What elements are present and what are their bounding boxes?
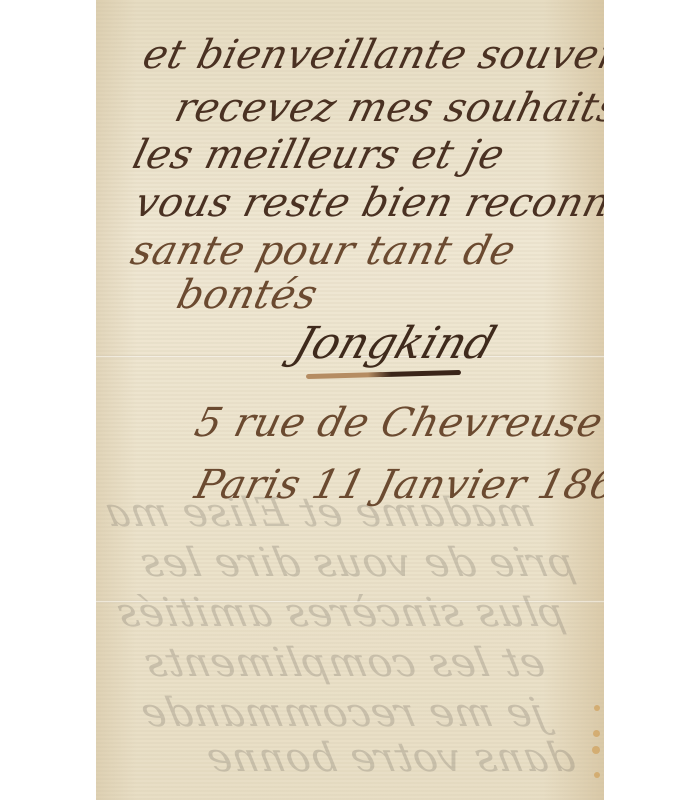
- signature-underline: [306, 370, 461, 379]
- letter-line: recevez mes souhaits: [170, 85, 604, 131]
- bleed-line: plus sincères amitiés: [112, 590, 569, 636]
- bleed-line: prie de vous dire les: [136, 540, 579, 586]
- signature: Jongkind: [288, 318, 502, 369]
- edge-stain: [594, 772, 600, 778]
- edge-stain: [593, 730, 600, 737]
- letter-line: sante pour tant de: [126, 228, 520, 274]
- fold-crease: [96, 600, 604, 603]
- letter-line: les meilleurs et je: [128, 132, 509, 178]
- edge-stain: [594, 705, 600, 711]
- letter-line: bontés: [172, 272, 322, 318]
- letter-scan: madame et Elise ma prie de vous dire les…: [0, 0, 700, 800]
- letter-line: et bienveillante souvenir: [138, 32, 604, 78]
- letter-line: vous reste bien reconnais: [130, 180, 604, 226]
- dateline: Paris 11 Janvier 1865: [190, 462, 604, 508]
- bleed-line: dans votre bonne: [202, 735, 579, 781]
- edge-stain: [592, 746, 600, 754]
- letter-paper: madame et Elise ma prie de vous dire les…: [96, 0, 604, 800]
- bleed-line: je me recommande: [136, 690, 549, 736]
- address-line: 5 rue de Chevreuse: [190, 400, 604, 446]
- bleed-line: et les compliments: [139, 640, 549, 686]
